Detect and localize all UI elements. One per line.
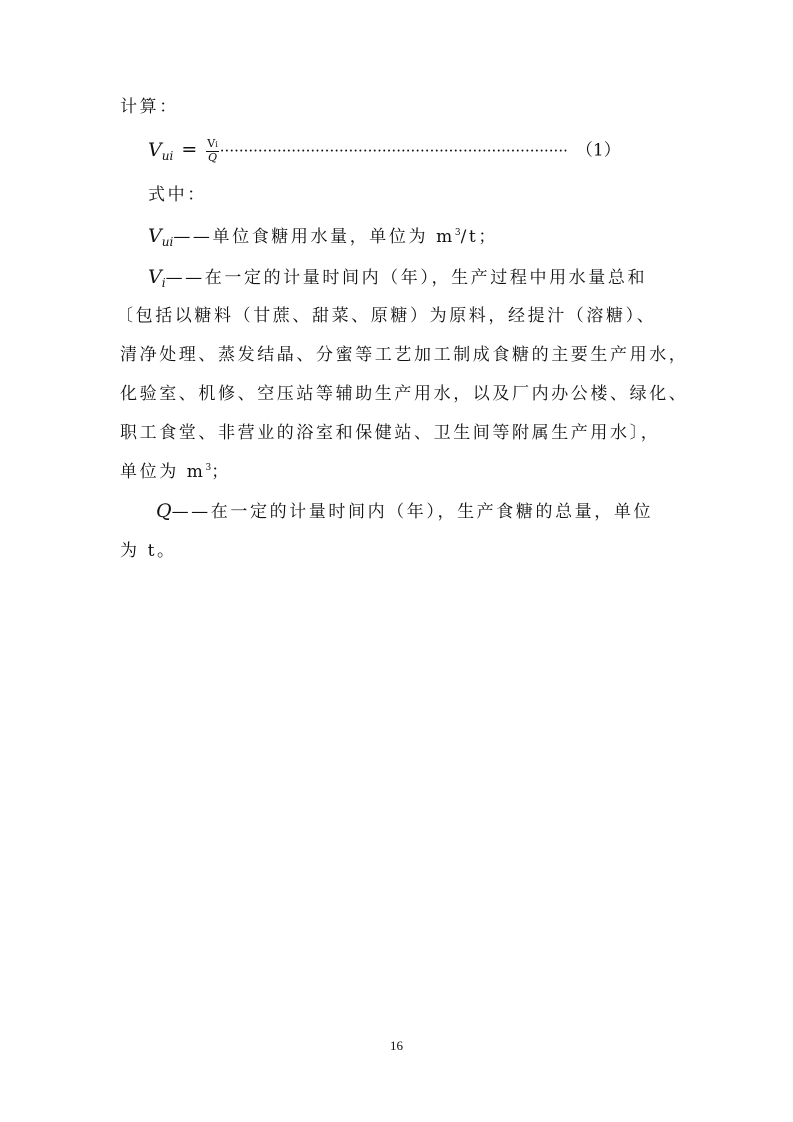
dot-leader: ········································…	[220, 142, 568, 160]
fraction-denominator: Q	[206, 152, 219, 164]
symbol-vi: Vi	[148, 266, 166, 288]
definition-q-line-2: 为 t。	[120, 540, 177, 562]
symbol-vui: Vui	[148, 225, 173, 247]
definition-vi-line-3: 清净处理、蒸发结晶、分蜜等工艺加工制成食糖的主要生产用水，	[120, 344, 688, 366]
equals-sign: =	[181, 139, 197, 161]
definition-vi-line-6: 单位为 m3；	[120, 461, 231, 486]
definition-vi-line-4: 化验室、机修、空压站等辅助生产用水，以及厂内办公楼、绿化、	[120, 383, 688, 405]
where-label: 式中：	[148, 184, 207, 206]
formula-1: Vui = Vi Q ·····························…	[148, 138, 621, 164]
intro-text: 计算：	[120, 96, 179, 118]
formula-lhs: Vui	[148, 139, 173, 161]
fraction-numerator: Vi	[206, 138, 219, 152]
fraction: Vi Q	[206, 138, 219, 164]
definition-vi-line-5: 职工食堂、非营业的浴室和保健站、卫生间等附属生产用水〕，	[120, 422, 660, 444]
definition-vi-line-2: 〔包括以糖料（甘蔗、甜菜、原糖）为原料，经提汁（溶糖）、	[116, 305, 656, 327]
symbol-q: Q	[156, 500, 172, 522]
definition-vi-line-1: Vi——在一定的计量时间内（年），生产过程中用水量总和	[148, 266, 647, 290]
equation-number: （1）	[576, 141, 621, 161]
definition-q-line-1: Q——在一定的计量时间内（年），生产食糖的总量，单位	[156, 500, 653, 523]
page-number: 16	[390, 1038, 403, 1054]
definition-vui: Vui——单位食糖用水量，单位为 m3/t；	[148, 225, 498, 251]
